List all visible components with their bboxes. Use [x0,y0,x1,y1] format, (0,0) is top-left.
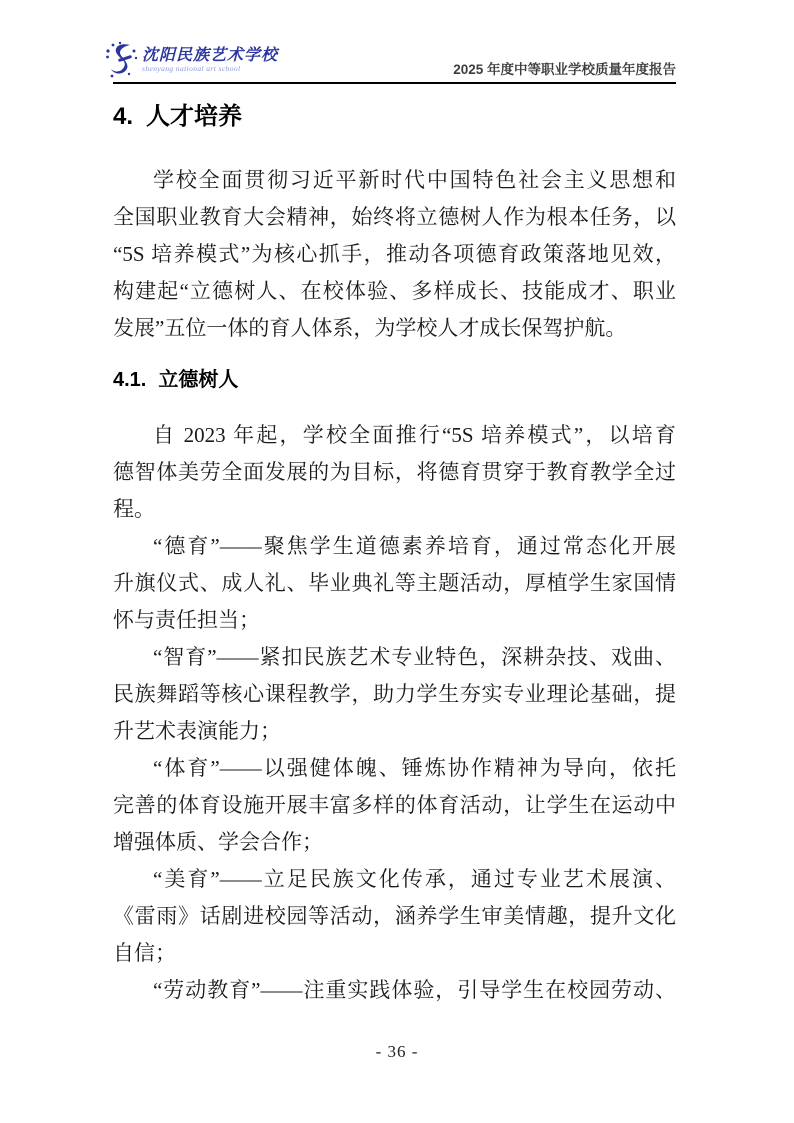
paragraph-line: 《雷雨》话剧进校园等活动，涵养学生审美情趣，提升文化 [113,898,676,935]
paragraph-line: 自 2023 年起，学校全面推行“5S 培养模式”，以培育 [113,417,676,454]
paragraph-line: 升艺术表演能力； [113,713,676,750]
paragraph-line: 程。 [113,491,676,528]
heading-text: 立德树人 [158,369,238,391]
paragraph-line: 增强体质、学会合作； [113,824,676,861]
paragraph-line: “德育”——聚焦学生道德素养培育，通过常态化开展 [113,528,676,565]
paragraph: 学校全面贯彻习近平新时代中国特色社会主义思想和全国职业教育大会精神，始终将立德树… [113,162,676,347]
document-content: 4.人才培养学校全面贯彻习近平新时代中国特色社会主义思想和全国职业教育大会精神，… [113,84,676,1009]
paragraph-line: 升旗仪式、成人礼、毕业典礼等主题活动，厚植学生家国情 [113,565,676,602]
chapter-heading: 4.人才培养 [113,100,676,134]
heading-number: 4. [113,103,133,130]
section-heading: 4.1.立德树人 [113,366,676,394]
paragraph: “德育”——聚焦学生道德素养培育，通过常态化开展升旗仪式、成人礼、毕业典礼等主题… [113,528,676,639]
paragraph-line: 德智体美劳全面发展的为目标，将德育贯穿于教育教学全过 [113,454,676,491]
school-logo-text: 沈阳民族艺术学校 shenyang national art school [142,47,278,73]
paragraph-line: “美育”——立足民族文化传承，通过专业艺术展演、 [113,861,676,898]
heading-number: 4.1. [113,369,146,391]
paragraph-line: 怀与责任担当； [113,602,676,639]
paragraph-line: 民族舞蹈等核心课程教学，助力学生夯实专业理论基础，提 [113,676,676,713]
page-number: - 36 - [0,1042,794,1062]
school-logo-icon [105,41,139,79]
report-title: 2025 年度中等职业学校质量年度报告 [453,62,676,79]
heading-text: 人才培养 [146,103,242,130]
paragraph-line: “5S 培养模式”为核心抓手，推动各项德育政策落地见效， [113,236,676,273]
school-name-en: shenyang national art school [142,64,278,73]
paragraph-line: “劳动教育”——注重实践体验，引导学生在校园劳动、 [113,972,676,1009]
paragraph: “体育”——以强健体魄、锤炼协作精神为导向，依托完善的体育设施开展丰富多样的体育… [113,750,676,861]
school-logo: 沈阳民族艺术学校 shenyang national art school [105,41,278,79]
paragraph: “智育”——紧扣民族艺术专业特色，深耕杂技、戏曲、民族舞蹈等核心课程教学，助力学… [113,639,676,750]
paragraph: “劳动教育”——注重实践体验，引导学生在校园劳动、 [113,972,676,1009]
paragraph-line: 学校全面贯彻习近平新时代中国特色社会主义思想和 [113,162,676,199]
paragraph-line: “智育”——紧扣民族艺术专业特色，深耕杂技、戏曲、 [113,639,676,676]
paragraph-line: “体育”——以强健体魄、锤炼协作精神为导向，依托 [113,750,676,787]
paragraph-line: 全国职业教育大会精神，始终将立德树人作为根本任务，以 [113,199,676,236]
paragraph: “美育”——立足民族文化传承，通过专业艺术展演、《雷雨》话剧进校园等活动，涵养学… [113,861,676,972]
school-name-zh: 沈阳民族艺术学校 [142,47,278,64]
paragraph: 自 2023 年起，学校全面推行“5S 培养模式”，以培育德智体美劳全面发展的为… [113,417,676,528]
paragraph-line: 构建起“立德树人、在校体验、多样成长、技能成才、职业 [113,273,676,310]
paragraph-line: 自信； [113,935,676,972]
page-header: 沈阳民族艺术学校 shenyang national art school 20… [113,0,676,84]
paragraph-line: 发展”五位一体的育人体系，为学校人才成长保驾护航。 [113,310,676,347]
document-page: 沈阳民族艺术学校 shenyang national art school 20… [0,0,794,1123]
paragraph-line: 完善的体育设施开展丰富多样的体育活动，让学生在运动中 [113,787,676,824]
